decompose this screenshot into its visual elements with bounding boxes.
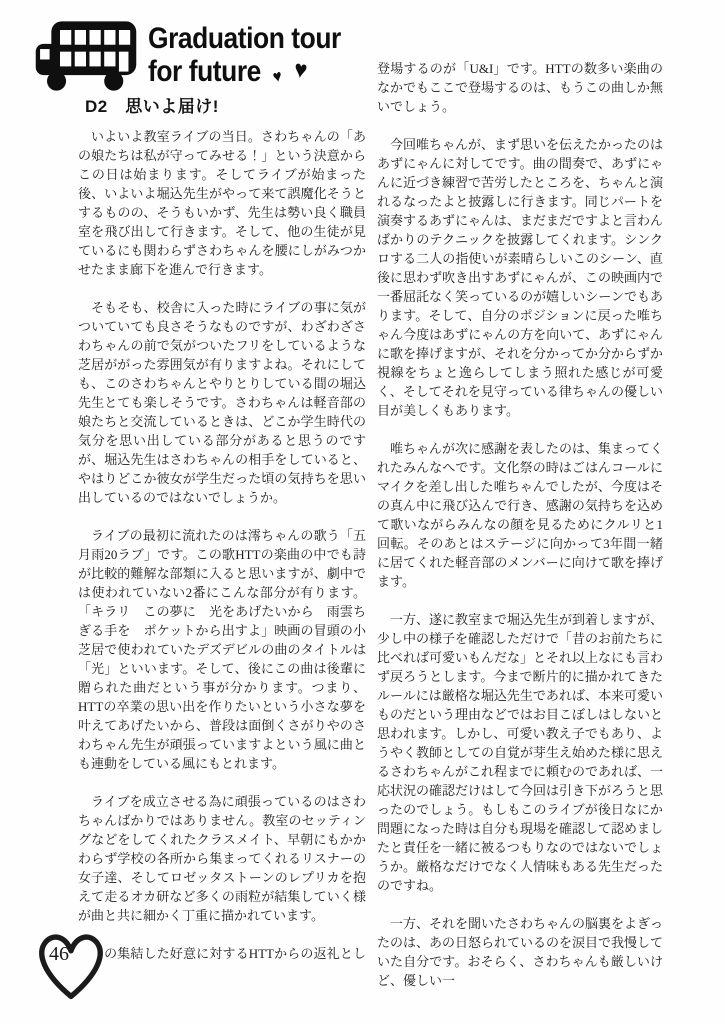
heart-outline-icon: [33, 928, 109, 1004]
paragraph: ライブの最初に流れたのは澪ちゃんの歌う「五月雨20ラブ」です。この歌HTTの楽曲…: [78, 526, 366, 773]
page-number: 46: [49, 943, 69, 966]
bus-icon: [34, 16, 138, 96]
paragraph: 唯ちゃんが次に感謝を表したのは、集まってくれたみんなへです。文化祭の時はごはんコ…: [377, 439, 663, 591]
logo-header: Graduation tour for future ♥ ♥: [34, 16, 367, 96]
paragraph: 登場するのが「U&I」です。HTTの数多い楽曲のなかでもここで登場するのは、もう…: [377, 59, 663, 116]
page-number-heart: 46: [33, 928, 109, 1012]
document-page: Graduation tour for future ♥ ♥ D2 思いよ届け!…: [0, 0, 725, 1024]
paragraph: ライブを成立させる為に頑張っているのはさわちゃんばかりではありません。教室のセッ…: [78, 792, 366, 925]
paragraph: いよいよ教室ライブの当日。さわちゃんの「あの娘たちは私が守ってみせる！」という決…: [78, 127, 366, 279]
paragraph: 一方、遂に教室まで堀込先生が到着しますが、少し中の様子を確認しただけで「昔のお前…: [377, 610, 663, 895]
heart-icon: ♥: [272, 67, 283, 86]
section-heading: D2 思いよ届け!: [85, 92, 219, 117]
logo-text: Graduation tour for future ♥ ♥: [148, 24, 341, 87]
left-column: いよいよ教室ライブの当日。さわちゃんの「あの娘たちは私が守ってみせる！」という決…: [78, 127, 366, 1001]
paragraph: そもそも、校舎に入った時にライブの事に気がついていても良さそうなものですが、わざ…: [78, 298, 366, 507]
paragraph: その集結した好意に対するHTTからの返礼として: [78, 944, 366, 982]
paragraph: 今回唯ちゃんが、まず思いを伝えたかったのはあずにゃんに対してです。曲の間奏で、あ…: [377, 135, 663, 420]
heart-icon: ♥: [293, 57, 309, 84]
right-column: 登場するのが「U&I」です。HTTの数多い楽曲のなかでもここで登場するのは、もう…: [377, 59, 663, 1009]
logo-line2: for future: [148, 57, 261, 87]
logo-line1: Graduation tour: [148, 24, 341, 54]
paragraph: 一方、それを聞いたさわちゃんの脳裏をよぎったのは、あの日怒られているのを涙目で我…: [377, 914, 663, 990]
